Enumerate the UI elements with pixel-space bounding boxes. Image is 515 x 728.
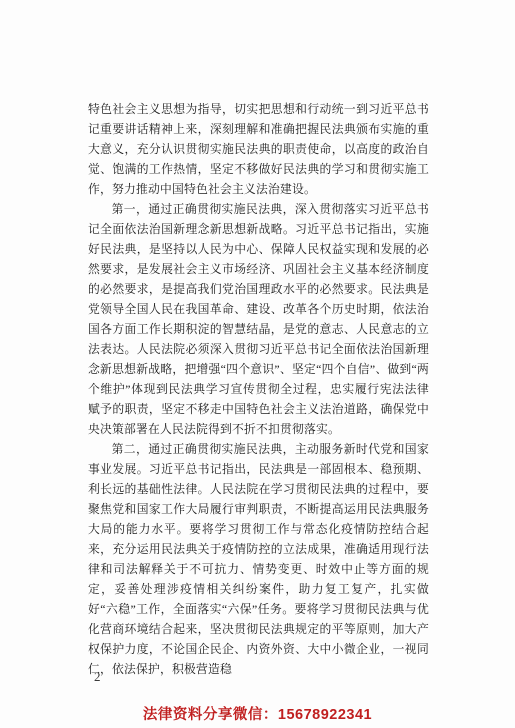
document-page: 特色社会主义思想为指导，切实把思想和行动统一到习近平总书记重要讲话精神上来，深刻… xyxy=(0,0,515,728)
watermark-text: 法律资料分享微信：15678922341 xyxy=(0,703,515,724)
paragraph-second-point: 第二，通过正确贯彻实施民法典，主动服务新时代党和国家事业发展。习近平总书记指出，… xyxy=(88,439,429,679)
body-text: 特色社会主义思想为指导，切实把思想和行动统一到习近平总书记重要讲话精神上来，深刻… xyxy=(88,99,429,679)
paragraph-first-point: 第一，通过正确贯彻实施民法典，深入贯彻落实习近平总书记全面依法治国新理念新思想新… xyxy=(88,199,429,439)
paragraph-continuation: 特色社会主义思想为指导，切实把思想和行动统一到习近平总书记重要讲话精神上来，深刻… xyxy=(88,99,429,199)
page-number: 2 xyxy=(94,669,101,685)
